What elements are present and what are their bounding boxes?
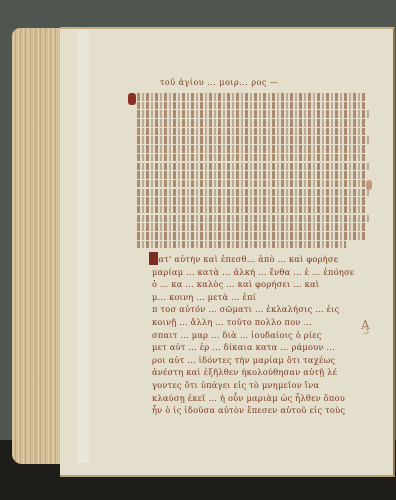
margin-mark bbox=[366, 180, 372, 190]
script-line bbox=[137, 223, 365, 231]
script-line bbox=[137, 154, 367, 162]
script-line bbox=[137, 145, 365, 153]
large-script-block: Κατ' αὐτὴν καὶ ἐπεσθ... ἀπὸ ... καὶ φορή… bbox=[152, 253, 377, 417]
script-line bbox=[137, 232, 367, 240]
script-line bbox=[137, 128, 367, 136]
script-line: μ... κοινη ... μετὰ ... ἐπί bbox=[152, 291, 377, 304]
script-line bbox=[137, 241, 346, 249]
script-line: μετ αὐτ ... ἐρ ... δίκαια κατα ... ράμου… bbox=[152, 341, 377, 354]
binding-strip bbox=[77, 30, 89, 463]
heading: τοῦ ἁγίου ... μοιρ... ρος — bbox=[160, 78, 278, 87]
script-line bbox=[137, 171, 365, 179]
script-line bbox=[137, 197, 365, 205]
script-line: σπαιτ ... μαρ ... διὰ ... ἰουδαίοις ὁ ρί… bbox=[152, 329, 377, 342]
script-line: ἀνέστη καὶ ἐξῆλθεν ἠκολούθησαν αὐτῇ λέ bbox=[152, 366, 377, 379]
script-line: ροι αὐτ ... ἰδόντες τὴν μαρίαμ ὅτι ταχέω… bbox=[152, 354, 377, 367]
script-line: ἦν ὁ ἰς ἰδοῦσα αὐτὸν ἔπεσεν αὐτοῦ εἰς το… bbox=[152, 404, 377, 417]
script-line: μαρίαμ ... κατὰ ... ἀλκή ... ἔνθα ... ἐ … bbox=[152, 266, 377, 279]
script-line: γοντες ὅτι ὑπάγει εἰς τὸ μνημεῖον ἵνα bbox=[152, 379, 377, 392]
script-line bbox=[137, 189, 369, 197]
script-line bbox=[137, 93, 365, 101]
script-line: Κατ' αὐτὴν καὶ ἐπεσθ... ἀπὸ ... καὶ φορή… bbox=[152, 253, 377, 266]
script-line: κλαύσῃ ἐκεῖ ... ἡ οὖν μαριὰμ ὡς ἦλθεν ὅπ… bbox=[152, 392, 377, 405]
script-line bbox=[137, 110, 369, 118]
script-line bbox=[137, 206, 367, 214]
script-line: κοινῇ ... ἄλλη ... τοῦτο πολλο πον ... bbox=[152, 316, 377, 329]
script-line bbox=[137, 136, 369, 144]
script-line bbox=[137, 180, 367, 188]
script-line bbox=[137, 163, 369, 171]
script-line bbox=[137, 119, 365, 127]
page-edges bbox=[12, 28, 62, 464]
script-line: π τοσ αὐτόν ... σῶματι ... ἐκλαλήσις ...… bbox=[152, 303, 377, 316]
small-script-block bbox=[137, 93, 374, 249]
rubric-initial bbox=[128, 93, 136, 105]
script-line bbox=[137, 102, 367, 110]
script-line: ὁ ... κα ... καλὸς ... καὶ φορήσει ... κ… bbox=[152, 278, 377, 291]
margin-number: 3 bbox=[363, 326, 369, 337]
script-line bbox=[137, 215, 369, 223]
